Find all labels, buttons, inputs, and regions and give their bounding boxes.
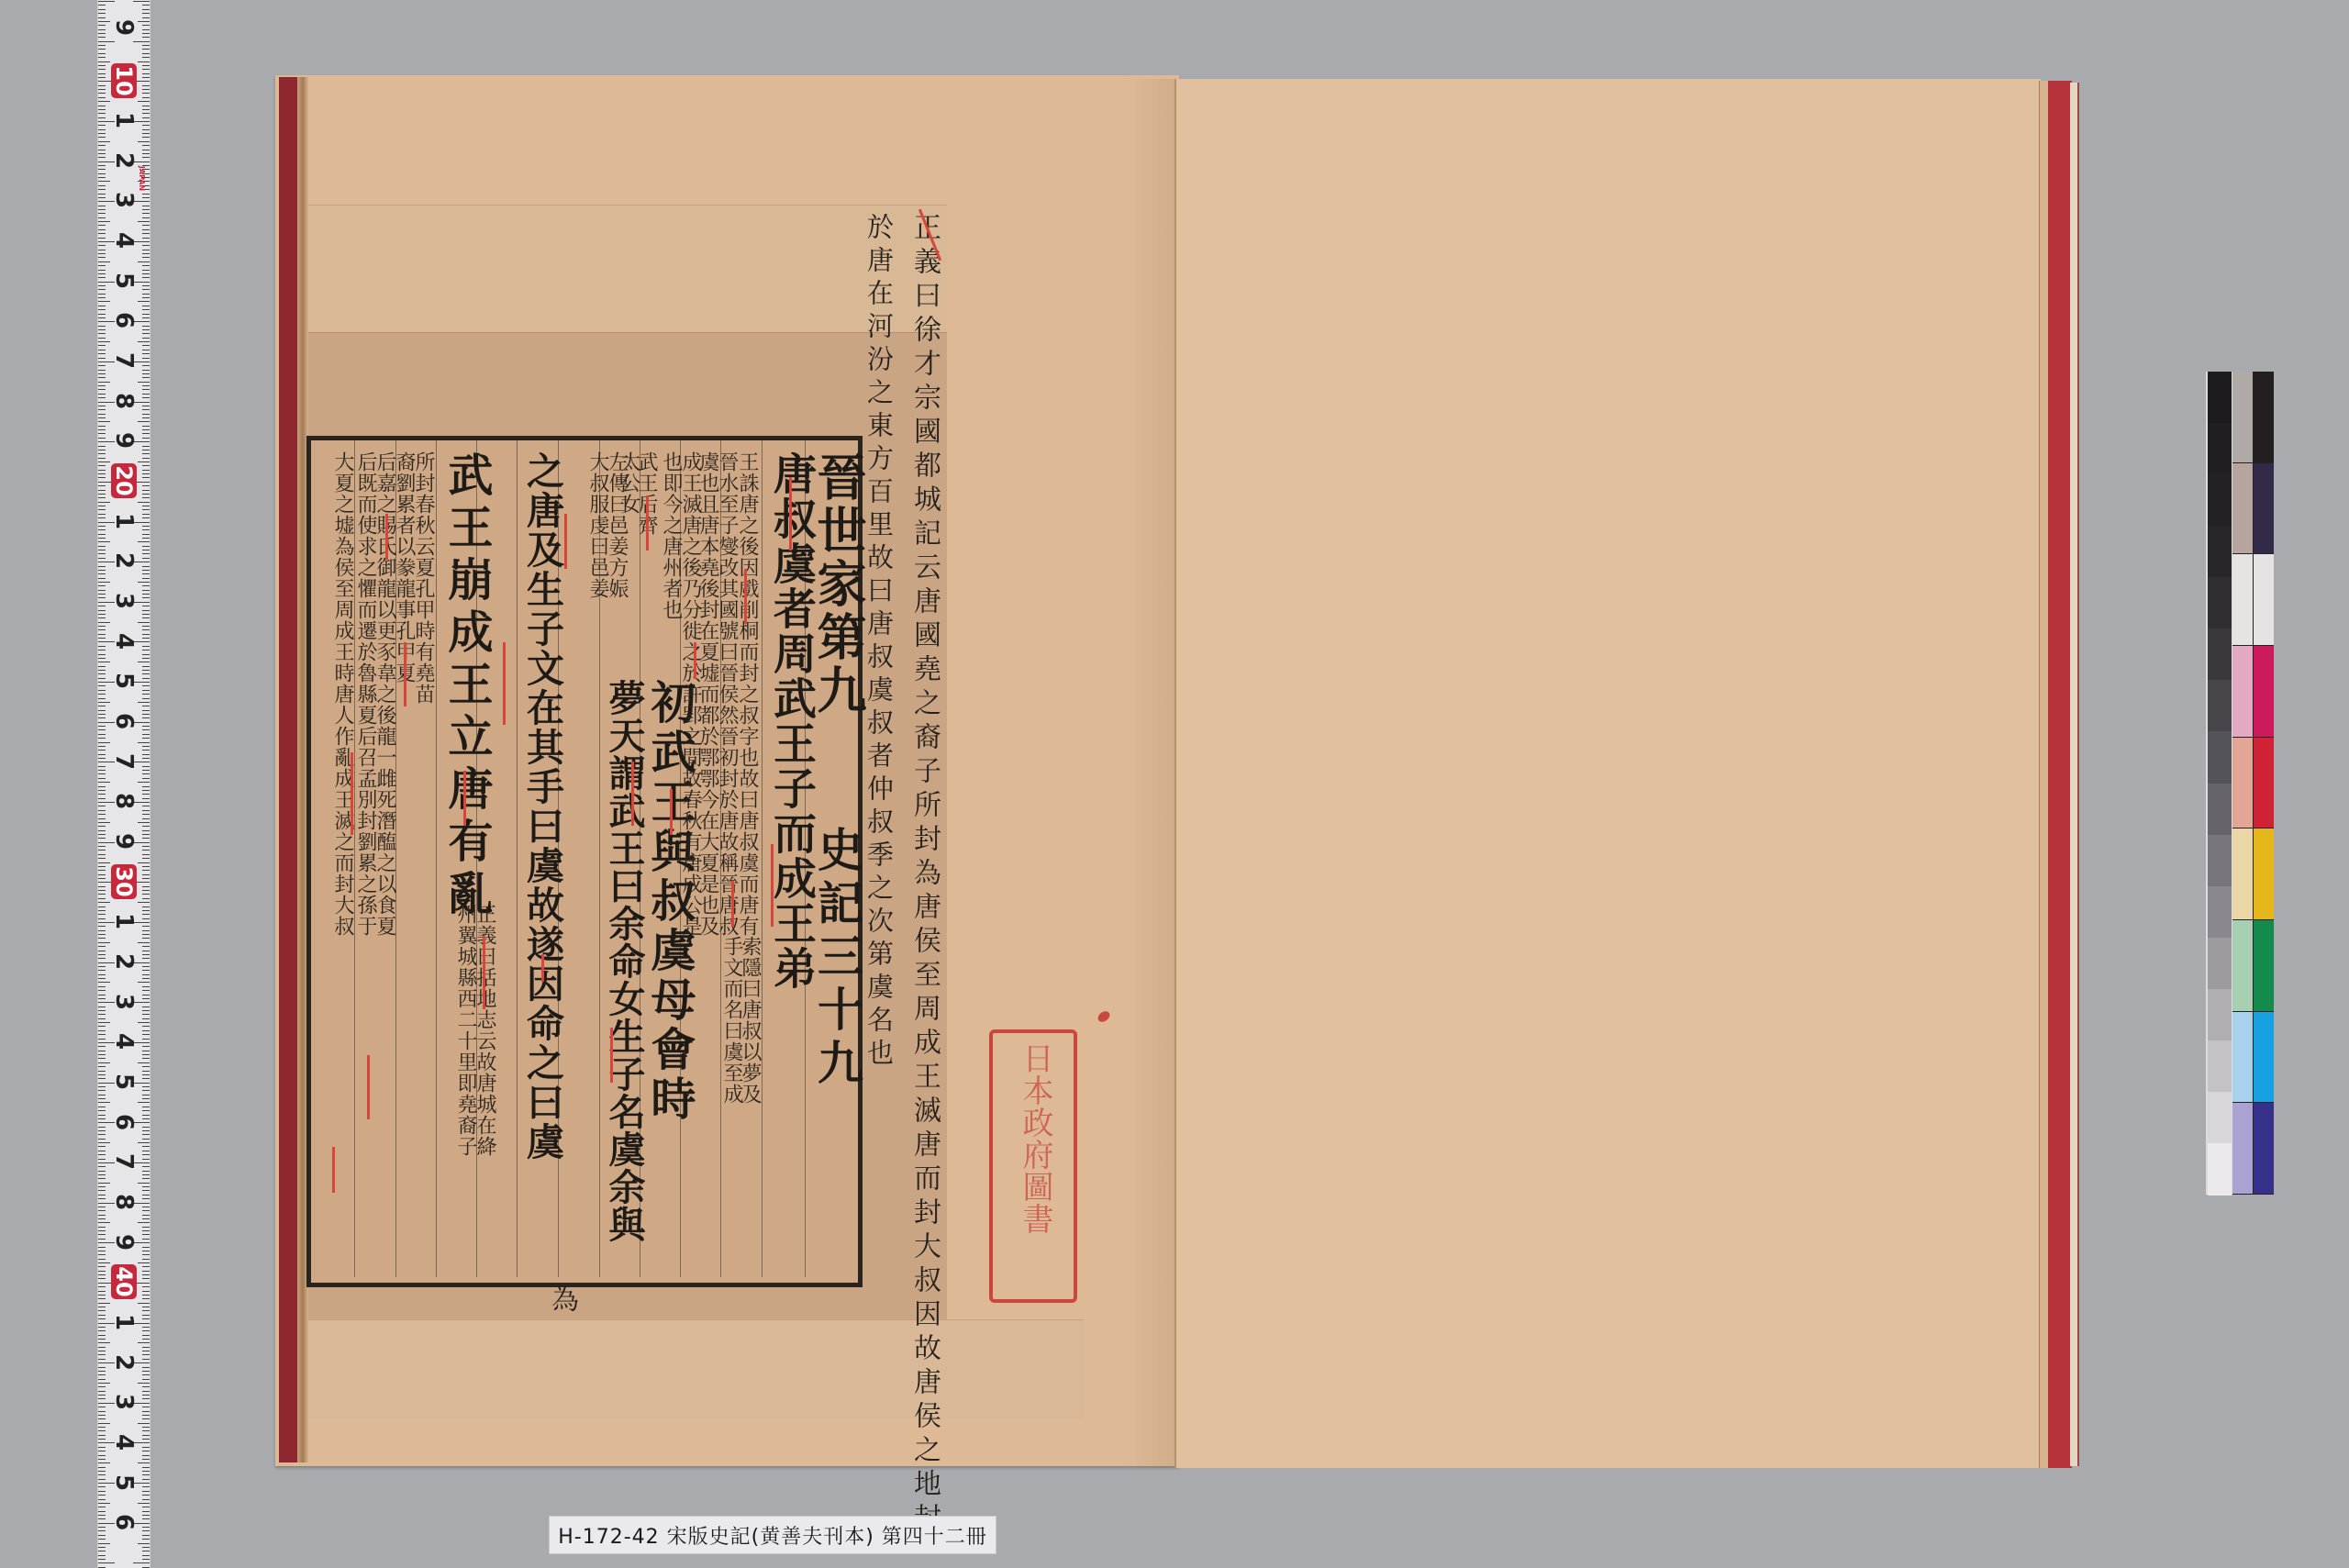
ruler-tick <box>142 1139 150 1140</box>
ruler-tick <box>142 333 150 334</box>
ruler-tick <box>138 421 150 422</box>
ruler-number: 3 <box>111 989 137 1015</box>
ruler-tick <box>98 1239 106 1240</box>
ruler-tick <box>142 277 150 278</box>
ruler-tick <box>142 617 150 618</box>
ruler-tick <box>98 830 106 831</box>
left-cover-spine <box>279 77 297 1462</box>
ruler-tick <box>98 1139 106 1140</box>
ruler-tick <box>138 1383 150 1384</box>
ruler-tick <box>98 766 106 767</box>
ruler-tick <box>98 89 106 90</box>
ruler-tick <box>142 1278 150 1279</box>
red-punctuation-mark <box>610 1028 613 1083</box>
ruler-number: 5 <box>111 668 137 694</box>
ruler-tick <box>142 1154 150 1155</box>
ruler-tick <box>98 1415 106 1416</box>
ruler-tick <box>142 958 150 959</box>
ruler-tick <box>98 213 106 214</box>
ruler-tick <box>98 685 106 686</box>
ruler-tick <box>142 670 150 671</box>
ruler-tick <box>98 329 106 330</box>
ruler-tick <box>142 597 150 598</box>
ruler-tick <box>98 1106 106 1107</box>
ruler-tick <box>138 221 150 222</box>
ruler-tick <box>98 490 106 491</box>
ruler-tick <box>142 854 150 855</box>
ruler-tick <box>98 1262 110 1263</box>
ruler-tick <box>98 606 106 606</box>
ruler-tick <box>133 41 150 42</box>
ruler-tick <box>142 350 150 350</box>
red-punctuation-mark <box>463 771 466 826</box>
ruler-tick <box>98 1395 106 1396</box>
ruler-tick <box>142 995 150 995</box>
ruler-tick <box>142 1151 150 1151</box>
main-text-column: 武王崩成王立唐有亂 <box>436 451 500 922</box>
ruler-tick <box>98 1471 106 1472</box>
ruler-tick <box>142 345 150 346</box>
gray-step-swatch <box>2208 628 2232 681</box>
ruler-tick <box>98 206 106 206</box>
ruler-tick <box>142 1330 150 1331</box>
ruler-tick <box>98 1259 106 1260</box>
ruler-tick <box>142 1247 150 1248</box>
ruler-tick <box>138 902 150 903</box>
red-punctuation-mark <box>670 789 673 835</box>
ruler-tick <box>142 1071 150 1072</box>
ruler-tick <box>98 1435 106 1436</box>
ruler-tick <box>98 250 106 250</box>
ruler-tick <box>138 1423 150 1424</box>
ruler-tick <box>98 314 106 315</box>
ruler-tick <box>142 233 150 234</box>
ruler-tick <box>98 585 106 586</box>
ruler-tick <box>142 1439 150 1440</box>
ruler-tick <box>98 1462 110 1463</box>
ruler-tick <box>142 1451 150 1451</box>
ruler-tick <box>98 634 106 635</box>
ruler-tick <box>98 365 106 366</box>
ruler-tick <box>142 29 150 30</box>
red-punctuation-mark <box>541 954 544 982</box>
ruler-tick <box>98 385 106 386</box>
ruler-tick <box>98 838 106 839</box>
ruler-tick <box>98 529 106 530</box>
ruler-tick <box>98 157 106 158</box>
ruler-tick <box>98 918 106 919</box>
ruler-tick <box>142 570 150 571</box>
ruler-tick <box>98 926 106 927</box>
ruler-tick <box>98 485 106 486</box>
ruler-tick <box>98 497 106 498</box>
ruler-tick <box>98 1278 106 1279</box>
ruler-number: 1 <box>111 1309 137 1335</box>
ruler-tick <box>98 1074 106 1075</box>
ruler-tick <box>98 1 115 2</box>
ruler-tick <box>142 338 150 339</box>
ruler-tick <box>142 1511 150 1512</box>
ruler-tick <box>142 109 150 110</box>
light-color-swatch <box>2232 646 2253 738</box>
commentary-column: 大叔服虔曰邑姜 <box>584 451 612 599</box>
ruler-tick <box>142 1471 150 1472</box>
ruler-tick <box>98 798 106 799</box>
ruler-tick <box>142 1518 150 1519</box>
ruler-tick <box>142 370 150 371</box>
ruler-tick <box>142 1507 150 1507</box>
ruler-tick <box>98 1030 106 1031</box>
ruler-tick <box>142 1530 150 1531</box>
ruler-tick <box>98 898 106 899</box>
ruler-tick <box>142 1455 150 1456</box>
ruler-tick <box>142 450 150 450</box>
ruler-tick <box>98 1026 106 1027</box>
ruler-tick <box>142 429 150 430</box>
ruler-tick <box>142 145 150 146</box>
ruler-tick <box>142 529 150 530</box>
ruler-tick <box>98 1479 106 1480</box>
ruler-number: 7 <box>111 1149 137 1174</box>
ruler-tick <box>98 1318 106 1319</box>
ruler-tick <box>98 189 106 190</box>
ruler-number: 5 <box>111 1470 137 1496</box>
ruler-tick <box>98 694 106 695</box>
ruler-tick <box>98 1439 106 1440</box>
ruler-tick <box>142 77 150 78</box>
ruler-tick <box>98 1342 110 1343</box>
ruler-tick <box>98 1491 106 1492</box>
ruler-tick <box>98 970 106 971</box>
ruler-tick <box>98 1090 106 1091</box>
gray-step-swatch <box>2208 1143 2232 1195</box>
ruler-tick <box>98 790 106 791</box>
ruler-tick <box>142 610 150 611</box>
ruler-tick <box>98 1467 106 1468</box>
ruler-tick <box>98 117 106 118</box>
ruler-tick <box>142 790 150 791</box>
ruler-tick <box>142 1486 150 1487</box>
ruler-tick <box>142 1398 150 1399</box>
ruler-tick <box>142 546 150 547</box>
ruler-tick <box>142 1374 150 1375</box>
ruler-number: 1 <box>111 908 137 934</box>
gutter-shadow <box>1129 79 1174 1468</box>
ruler-tick <box>142 358 150 359</box>
ruler-number: 9 <box>111 15 137 40</box>
ruler-tick <box>142 25 150 26</box>
ruler-tick <box>142 1207 150 1207</box>
ruler-tick <box>142 830 150 831</box>
gray-step-swatch <box>2208 474 2232 527</box>
ruler-tick <box>98 1543 110 1544</box>
ruler-tick <box>98 1266 106 1267</box>
ruler-tick <box>142 329 150 330</box>
ruler-tick <box>98 1535 106 1536</box>
ruler-number: 5 <box>111 1069 137 1095</box>
ruler-tick <box>98 145 106 146</box>
ruler-number: 5 <box>111 268 137 294</box>
ruler-tick <box>98 906 106 907</box>
ruler-tick <box>98 217 106 218</box>
ruler-tick <box>142 89 150 90</box>
light-color-swatch <box>2232 372 2253 463</box>
ruler-tick <box>98 221 110 222</box>
gray-step-swatch <box>2208 526 2232 578</box>
ruler-number: 9 <box>111 1229 137 1255</box>
ruler-tick <box>98 1559 106 1560</box>
ruler-tick <box>98 706 106 706</box>
ruler-tick <box>98 306 106 306</box>
ruler-tick <box>98 1495 106 1496</box>
ruler-tick <box>98 1315 106 1316</box>
ruler-tick <box>98 1247 106 1248</box>
ruler-tick <box>142 685 150 686</box>
ruler-tick <box>142 1351 150 1351</box>
ruler-tick <box>142 250 150 250</box>
ruler-tick <box>98 17 106 18</box>
ruler-tick <box>142 673 150 674</box>
ruler-tick <box>142 1491 150 1492</box>
ruler-tick <box>138 261 150 262</box>
ruler-tick <box>142 1535 150 1536</box>
ruler-tick <box>98 541 110 542</box>
ruler-tick <box>142 197 150 198</box>
ruler-tick <box>98 1374 106 1375</box>
ruler-tick <box>98 566 106 567</box>
ruler-tick <box>98 690 106 691</box>
light-color-swatch <box>2232 738 2253 829</box>
ruler-tick <box>138 141 150 142</box>
ruler-tick <box>142 1347 150 1348</box>
ruler-tick <box>142 1551 150 1551</box>
ruler-tick <box>98 1515 106 1516</box>
red-punctuation-mark <box>483 936 485 1009</box>
ruler-tick <box>142 477 150 478</box>
ruler-tick <box>98 1022 110 1023</box>
ruler-number: 8 <box>111 788 137 814</box>
ruler-tick <box>142 878 150 879</box>
ruler-tick <box>133 1562 150 1563</box>
ruler-tick <box>98 673 106 674</box>
color-calibration-chart <box>2206 372 2274 1195</box>
ruler-tick <box>98 1098 106 1099</box>
ruler-tick <box>142 1407 150 1407</box>
ruler-tick <box>98 181 110 182</box>
ruler-tick <box>142 1166 150 1167</box>
ruler-tick <box>142 1379 150 1380</box>
ruler-tick <box>142 1074 150 1075</box>
ruler-tick <box>98 890 106 891</box>
ruler-tick <box>98 1518 106 1519</box>
ruler-tick <box>98 1303 110 1304</box>
ruler-tick <box>142 938 150 939</box>
ruler-tick <box>98 1430 106 1431</box>
ruler-tick <box>98 1418 106 1419</box>
ruler-tick <box>138 742 150 743</box>
ruler-tick <box>138 1183 150 1184</box>
red-punctuation-mark <box>503 642 506 725</box>
ruler-tick <box>98 462 110 462</box>
ruler-tick <box>142 550 150 550</box>
ruler-tick <box>142 1086 150 1087</box>
ruler-tick <box>138 1142 150 1143</box>
ruler-tick <box>142 1415 150 1416</box>
ruler-tick <box>98 1427 106 1428</box>
ruler-tick <box>142 794 150 795</box>
dark-color-swatch <box>2253 463 2274 555</box>
red-punctuation-mark <box>404 642 406 706</box>
ruler-tick <box>142 209 150 210</box>
ruler-tick <box>98 1286 106 1287</box>
commentary-column: 也即今之唐州者也 <box>657 451 685 620</box>
ruler-tick <box>98 1486 106 1487</box>
ruler-tick <box>142 1367 150 1368</box>
ruler-tick <box>98 477 106 478</box>
ruler-tick <box>142 734 150 735</box>
ruler-tick <box>142 1359 150 1360</box>
ruler-tick <box>142 17 150 18</box>
ruler-tick <box>142 1459 150 1460</box>
ruler-tick <box>98 546 106 547</box>
ruler-tick <box>138 822 150 823</box>
commentary-column: 州翼城縣西二十里即堯裔子 <box>451 904 480 1157</box>
ruler-number: 40 <box>111 1264 137 1299</box>
ruler-tick <box>98 1359 106 1360</box>
ruler-tick <box>142 838 150 839</box>
red-punctuation-mark <box>694 642 696 679</box>
ruler-tick <box>98 946 106 947</box>
ruler-tick <box>142 1239 150 1240</box>
ruler-tick <box>142 614 150 615</box>
ruler-tick <box>142 934 150 935</box>
light-color-swatch <box>2232 554 2253 646</box>
ruler-tick <box>142 594 150 595</box>
ruler-tick <box>98 1499 106 1500</box>
ruler-tick <box>98 1010 106 1011</box>
ruler-tick <box>142 33 150 34</box>
ruler-tick <box>98 974 106 975</box>
ruler-tick <box>98 377 106 378</box>
ruler-tick <box>98 1383 110 1384</box>
ruler-tick <box>142 1295 150 1296</box>
ruler-tick <box>98 666 106 667</box>
red-punctuation-mark <box>771 844 774 927</box>
ruler-tick <box>98 650 106 651</box>
ruler-tick <box>98 594 106 595</box>
ruler-tick <box>98 21 110 22</box>
ruler-tick <box>142 1335 150 1336</box>
ruler-tick <box>133 1 150 2</box>
ruler-tick <box>142 309 150 310</box>
ruler-tick <box>142 453 150 454</box>
ruler-tick <box>98 1407 106 1407</box>
ruler-tick <box>142 846 150 847</box>
ruler-tick <box>142 534 150 535</box>
gray-step-swatch <box>2208 372 2232 424</box>
ruler-tick <box>98 1354 106 1355</box>
ruler-tick <box>98 1451 106 1451</box>
ruler-tick <box>98 317 106 318</box>
ruler-tick <box>98 1110 106 1111</box>
ruler-tick <box>98 45 106 46</box>
ruler-tick <box>138 702 150 703</box>
ruler-tick <box>138 1102 150 1103</box>
ruler-tick <box>142 1307 150 1307</box>
ruler-tick <box>98 209 106 210</box>
ruler-tick <box>142 1210 150 1211</box>
ruler-tick <box>98 930 106 931</box>
ruler-tick <box>142 490 150 491</box>
ruler-tick <box>142 986 150 987</box>
ruler-tick <box>98 874 106 875</box>
dark-color-swatch <box>2253 1103 2274 1195</box>
measuring-ruler: 9101234567892012345678930123456789401234… <box>97 0 150 1568</box>
ruler-tick <box>98 5 106 6</box>
ruler-tick <box>142 870 150 871</box>
ruler-tick <box>98 65 106 66</box>
ruler-tick <box>98 1159 106 1160</box>
ruler-tick <box>142 946 150 947</box>
ruler-tick <box>98 373 106 374</box>
ruler-tick <box>142 1310 150 1311</box>
ruler-tick <box>142 966 150 967</box>
ruler-tick <box>98 1146 106 1147</box>
ruler-tick <box>142 766 150 767</box>
ruler-tick <box>142 389 150 390</box>
ruler-tick <box>98 446 106 447</box>
ruler-tick <box>138 1342 150 1343</box>
ruler-tick <box>98 910 106 911</box>
ruler-tick <box>142 53 150 54</box>
ruler-tick <box>98 1071 106 1072</box>
ruler-tick <box>98 438 106 439</box>
ruler-tick <box>98 1298 106 1299</box>
ruler-tick <box>98 1115 106 1116</box>
light-color-swatch <box>2232 1103 2253 1195</box>
red-punctuation-mark <box>731 881 734 927</box>
ruler-tick <box>142 1495 150 1496</box>
ruler-tick <box>142 1230 150 1231</box>
ruler-tick <box>98 194 106 195</box>
ruler-number: 6 <box>111 307 137 333</box>
gray-step-swatch <box>2208 938 2232 990</box>
ruler-tick <box>138 502 150 503</box>
ruler-tick <box>98 93 106 94</box>
ruler-tick <box>98 394 106 395</box>
ruler-tick <box>98 261 110 262</box>
ruler-number: 1 <box>111 508 137 534</box>
ruler-tick <box>142 1006 150 1007</box>
ruler-tick <box>142 414 150 415</box>
ruler-tick <box>98 702 110 703</box>
ruler-tick <box>98 770 106 771</box>
red-punctuation-mark <box>631 762 634 826</box>
ruler-tick <box>142 1298 150 1299</box>
ruler-tick <box>142 1395 150 1396</box>
ruler-tick <box>142 1418 150 1419</box>
ruler-tick <box>98 1086 106 1087</box>
ruler-tick <box>98 1142 110 1143</box>
ruler-tick <box>98 338 106 339</box>
ruler-tick <box>142 650 150 651</box>
ruler-tick <box>138 61 150 62</box>
ruler-tick <box>98 41 115 42</box>
ruler-tick <box>142 1127 150 1128</box>
ruler-tick <box>138 101 150 102</box>
ruler-tick <box>98 277 106 278</box>
ruler-tick <box>142 578 150 579</box>
